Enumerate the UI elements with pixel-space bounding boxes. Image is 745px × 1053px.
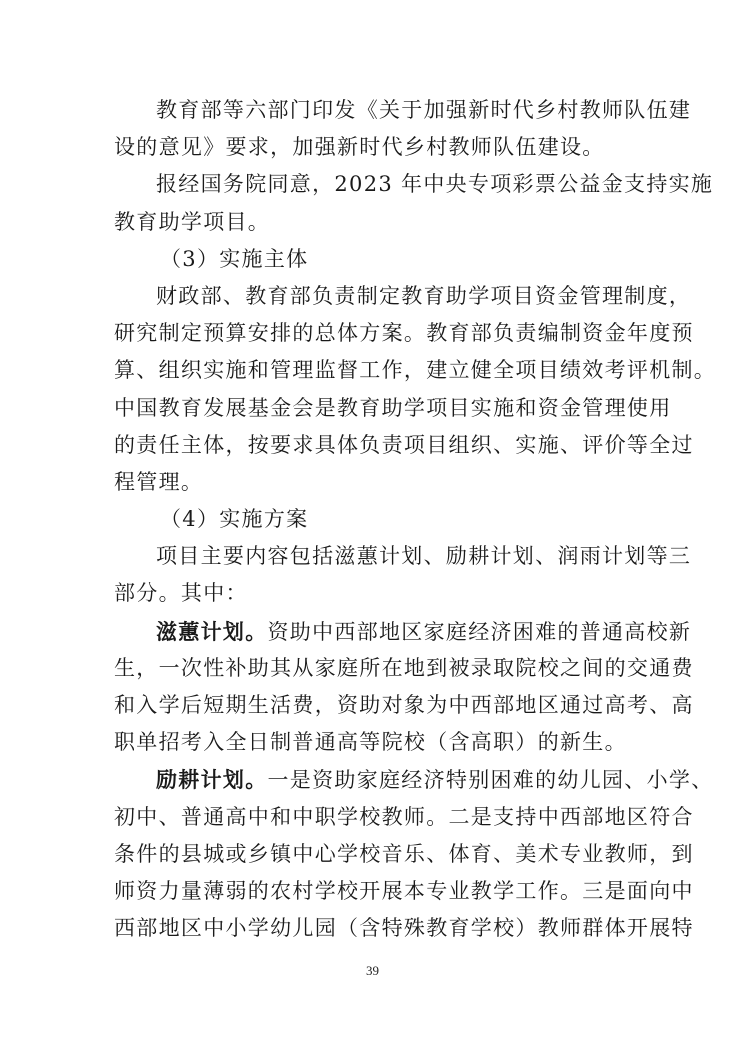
text-line: 财政部、教育部负责制定教育助学项目资金管理制度，: [114, 278, 634, 315]
bold-lead-zihui: 滋蕙计划。: [156, 619, 268, 644]
text-span: 一是资助家庭经济特别困难的幼儿园、小学、: [268, 768, 714, 792]
text-line: 生，一次性补助其从家庭所在地到被录取院校之间的交通费: [114, 650, 634, 687]
text-line: 中国教育发展基金会是教育助学项目实施和资金管理使用: [114, 390, 634, 427]
text-line: 师资力量薄弱的农村学校开展本专业教学工作。三是面向中: [114, 873, 634, 910]
text-line: 程管理。: [114, 464, 634, 501]
text-line: 职单招考入全日制普通高等院校（含高职）的新生。: [114, 724, 634, 761]
section-heading-implementing-body: （3）实施主体: [114, 241, 634, 278]
bold-lead-ligeng: 励耕计划。: [156, 767, 268, 792]
text-line: 项目主要内容包括滋蕙计划、励耕计划、润雨计划等三: [114, 538, 634, 575]
text-line: 部分。其中：: [114, 575, 634, 612]
text-span: 资助中西部地区家庭经济困难的普通高校新: [268, 620, 692, 644]
text-line: 报经国务院同意，2023 年中央专项彩票公益金支持实施: [114, 166, 634, 203]
text-line: 教育助学项目。: [114, 204, 634, 241]
text-line: 励耕计划。一是资助家庭经济特别困难的幼儿园、小学、: [114, 761, 634, 798]
text-line: 研究制定预算安排的总体方案。教育部负责编制资金年度预: [114, 315, 634, 352]
text-line: 设的意见》要求，加强新时代乡村教师队伍建设。: [114, 129, 634, 166]
text-line: 滋蕙计划。资助中西部地区家庭经济困难的普通高校新: [114, 613, 634, 650]
text-line: 的责任主体，按要求具体负责项目组织、实施、评价等全过: [114, 427, 634, 464]
text-line: 算、组织实施和管理监督工作，建立健全项目绩效考评机制。: [114, 352, 634, 389]
text-line: 初中、普通高中和中职学校教师。二是支持中西部地区符合: [114, 799, 634, 836]
text-line: 教育部等六部门印发《关于加强新时代乡村教师队伍建: [114, 92, 634, 129]
page-number: 39: [0, 963, 745, 979]
section-heading-implementation-plan: （4）实施方案: [114, 501, 634, 538]
text-line: 条件的县城或乡镇中心学校音乐、体育、美术专业教师，到: [114, 836, 634, 873]
document-body: 教育部等六部门印发《关于加强新时代乡村教师队伍建 设的意见》要求，加强新时代乡村…: [114, 92, 634, 947]
text-line: 和入学后短期生活费，资助对象为中西部地区通过高考、高: [114, 687, 634, 724]
text-line: 西部地区中小学幼儿园（含特殊教育学校）教师群体开展特: [114, 910, 634, 947]
